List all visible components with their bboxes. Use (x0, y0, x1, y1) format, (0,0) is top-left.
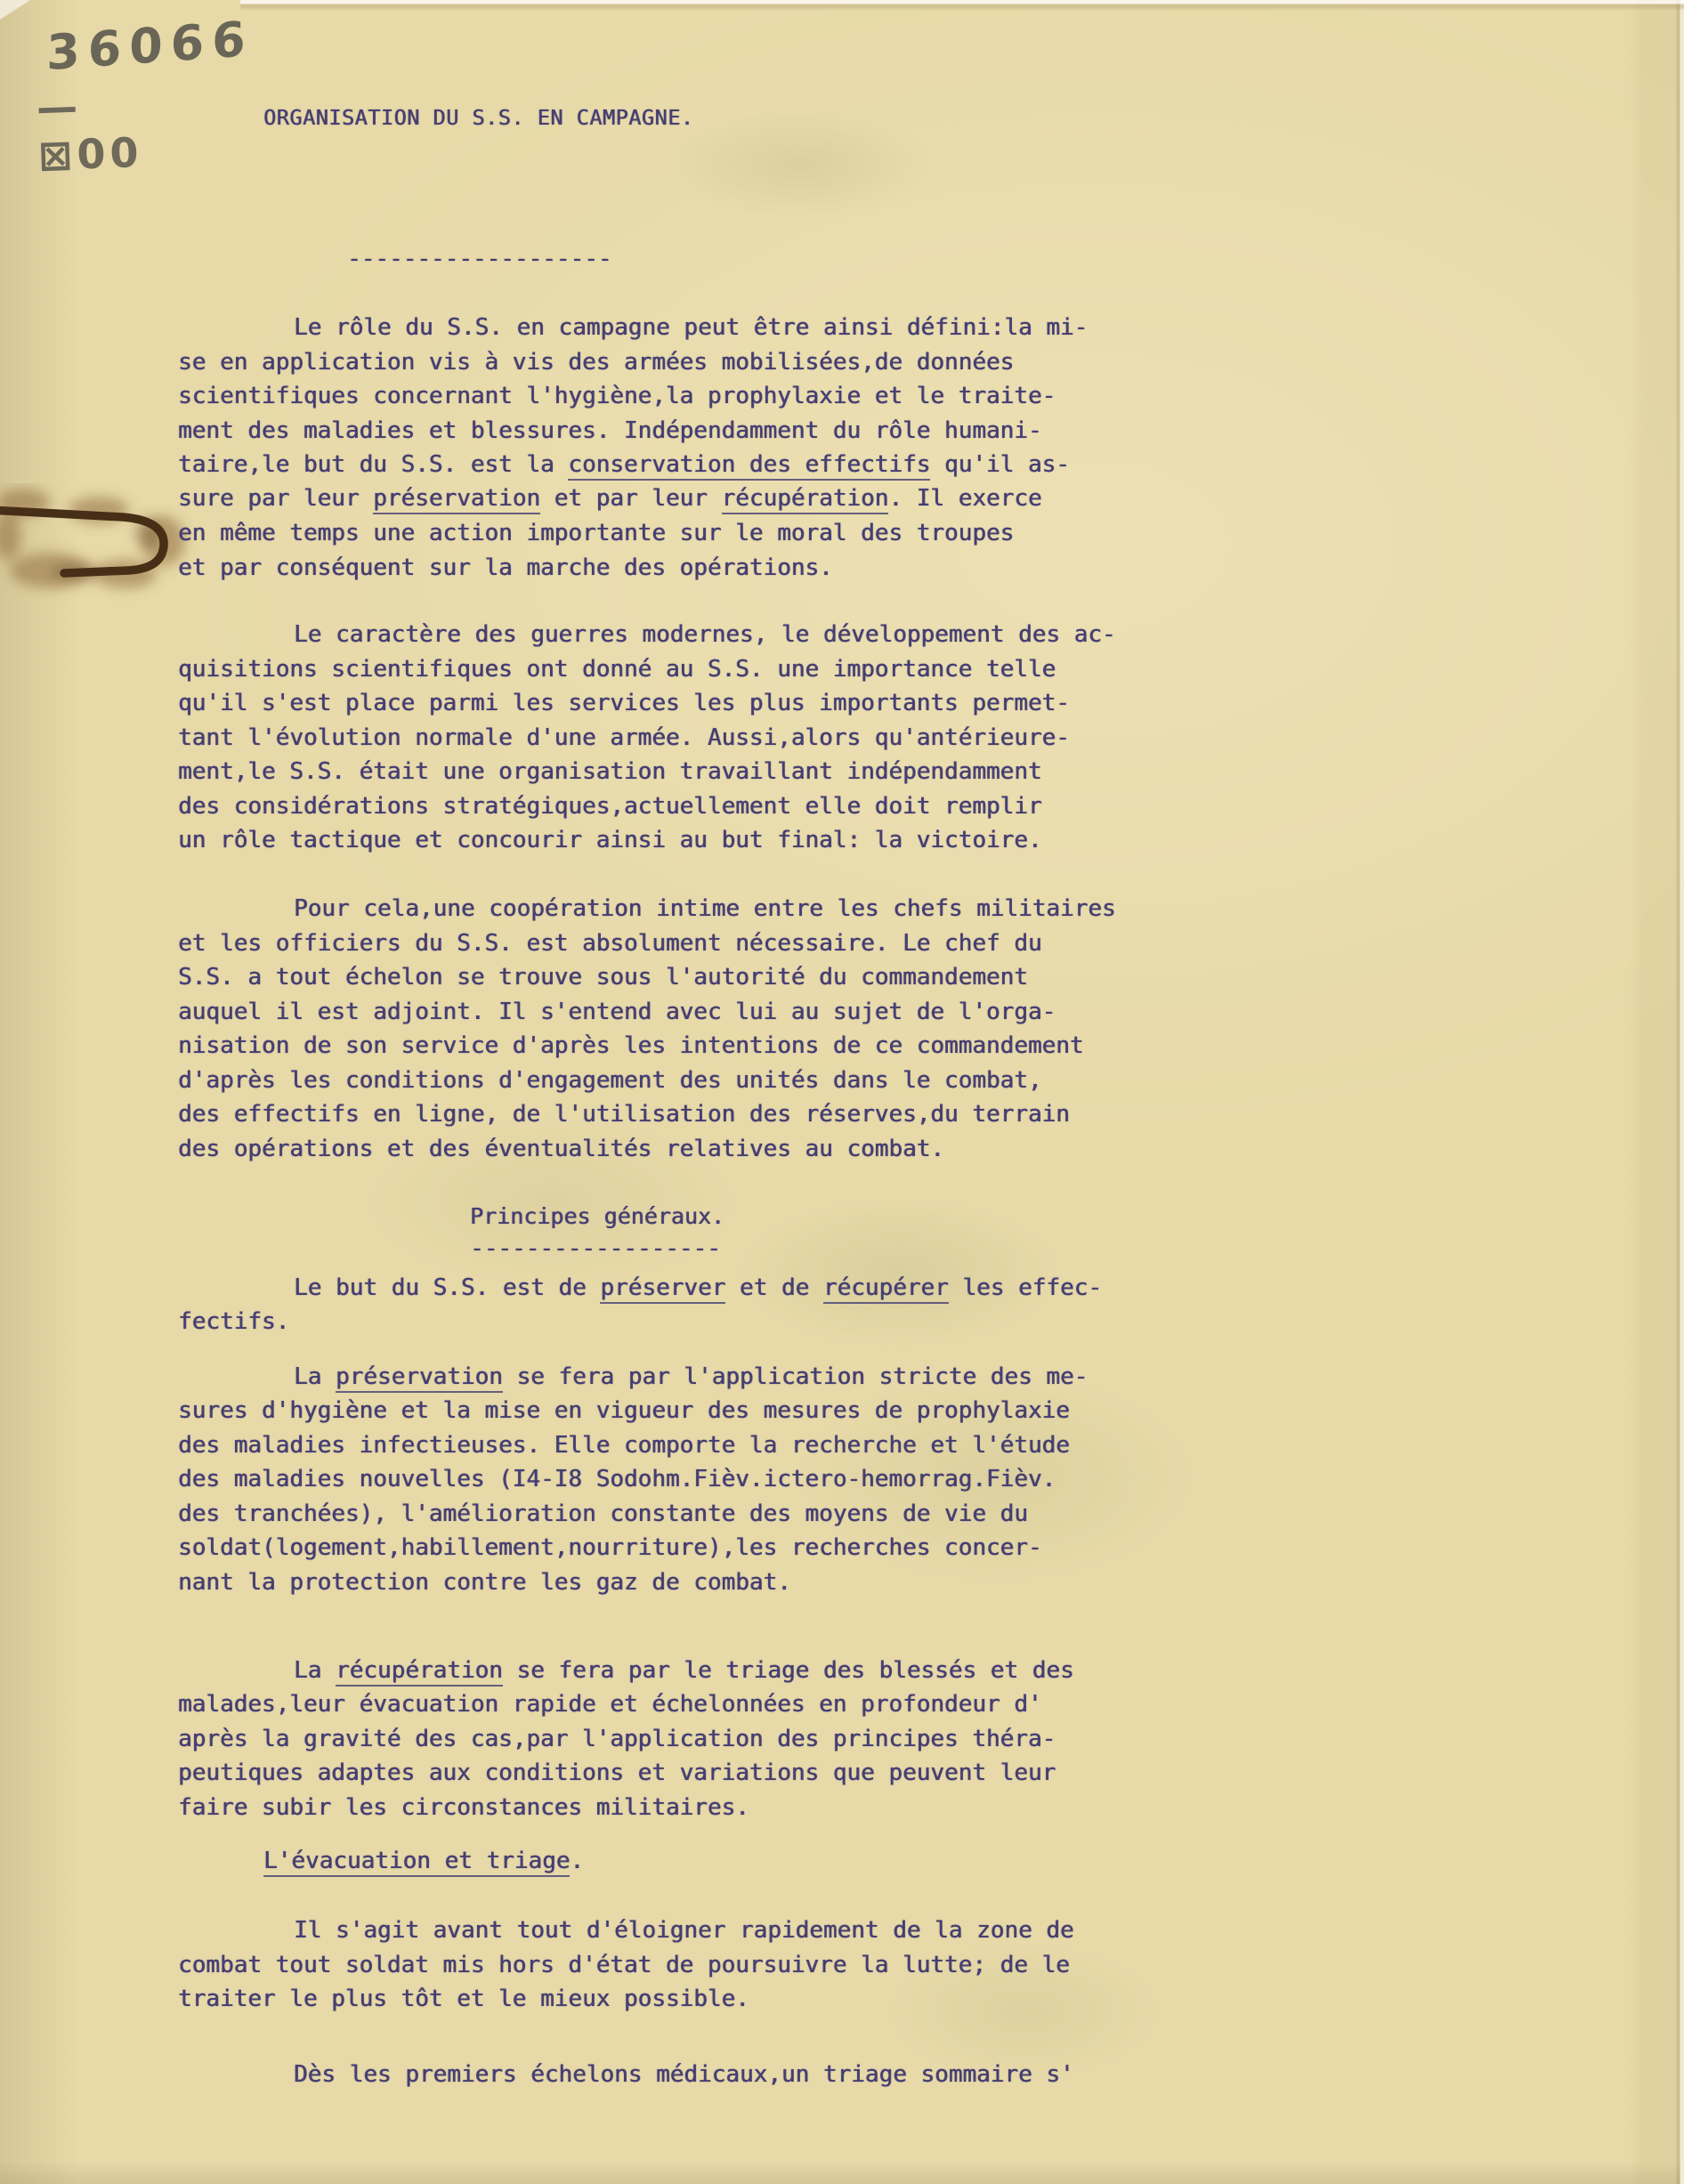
title-underline-dashes: ------------------- (347, 246, 611, 272)
section-heading-evacuation-et-triage: L'évacuation et triage. (263, 1848, 584, 1874)
paragraph-6-line-1: La récupération se fera par le triage de… (178, 1654, 1074, 1688)
underlined-word-preservation: préservation (373, 485, 540, 514)
paragraph-4-line-1: Le but du S.S. est de préserver et de ré… (178, 1271, 1102, 1306)
document-title: ORGANISATION DU S.S. EN CAMPAGNE. (263, 105, 693, 130)
underlined-word-preservation: préservation (336, 1363, 503, 1393)
text-segment: . Il exerce (888, 485, 1041, 512)
heading-underline-dashes: ------------------ (470, 1235, 721, 1262)
underlined-phrase-conservation-des-effectifs: conservation des effectifs (568, 451, 930, 481)
text-segment: qu'il as- (930, 451, 1070, 478)
text-segment: les effec- (949, 1274, 1102, 1301)
paragraph-1-line-5: taire,le but du S.S. est la conservation… (178, 448, 1070, 482)
paragraph-1-line-6: sure par leur préservation et par leur r… (178, 481, 1042, 516)
handwritten-number-line1: 36066 (46, 11, 253, 81)
text-segment: se fera par l'application stricte des me… (503, 1363, 1088, 1390)
underlined-word-recuperation: récupération (336, 1657, 503, 1687)
paragraph-1-lines-7-8: en même temps une action importante sur … (178, 516, 1014, 585)
text-segment: et par leur (540, 485, 722, 512)
paragraph-4-line-2: fectifs. (178, 1305, 289, 1339)
paper-corner-top-left (0, 0, 30, 20)
text-segment: et de (725, 1274, 823, 1301)
text-segment: La (294, 1657, 336, 1684)
paragraph-8-first-line: Dès les premiers échelons médicaux,un tr… (178, 2058, 1074, 2092)
underlined-word-preserver: préserver (600, 1274, 725, 1304)
scanned-document-page: 36066 — ⊠00 ORGANISATION DU S.S. EN CAMP… (0, 0, 1684, 2184)
section-heading-principes-generaux: Principes généraux. (470, 1203, 725, 1229)
paragraph-6-lines-2-5: malades,leur évacuation rapide et échelo… (178, 1687, 1056, 1824)
text-segment: sure par leur (178, 485, 373, 512)
paper-top-edge (240, 0, 1684, 11)
underlined-word-recuperer: récupérer (823, 1274, 949, 1304)
paragraph-5-line-1: La préservation se fera par l'applicatio… (178, 1360, 1088, 1395)
paragraph-2: Le caractère des guerres modernes, le dé… (178, 618, 1116, 858)
handwritten-number-line2: — ⊠00 (36, 80, 143, 180)
paragraph-5-lines-2-7: sures d'hygiène et la mise en vigueur de… (178, 1394, 1070, 1599)
text-segment: Le but du S.S. est de (294, 1274, 600, 1301)
heading-period: . (570, 1848, 584, 1874)
paragraph-7: Il s'agit avant tout d'éloigner rapideme… (178, 1913, 1074, 2017)
underlined-word-recuperation: récupération (722, 485, 889, 514)
text-segment: se fera par le triage des blessés et des (503, 1657, 1074, 1684)
paragraph-1-lines-1-4: Le rôle du S.S. en campagne peut être ai… (178, 311, 1088, 448)
paragraph-3: Pour cela,une coopération intime entre l… (178, 892, 1116, 1166)
text-segment: taire,le but du S.S. est la (178, 451, 568, 478)
underlined-heading-text: L'évacuation et triage (263, 1848, 570, 1877)
text-segment: La (294, 1363, 336, 1390)
